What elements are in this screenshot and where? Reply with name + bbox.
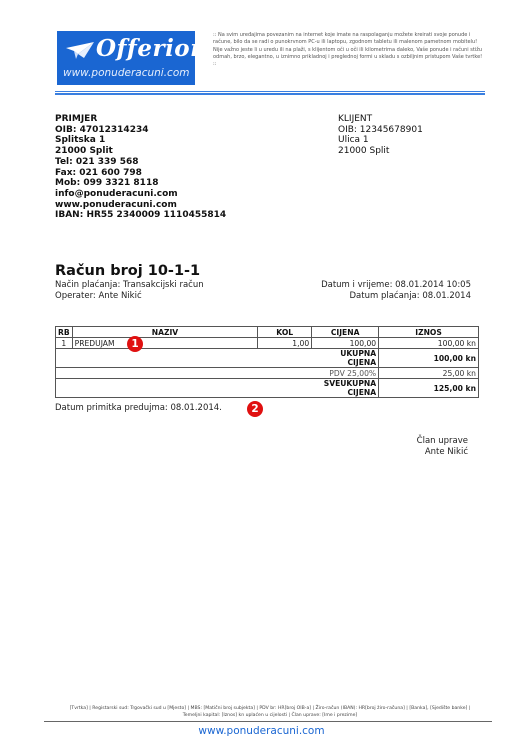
promo-text: :: Na svim uređajima povezanim na intern… (213, 32, 485, 68)
header-divider (55, 91, 485, 92)
payment-method: Način plaćanja: Transakcijski račun (55, 280, 204, 291)
signature-block: Član uprave Ante Nikić (417, 436, 468, 457)
footer-line: Temeljni kapital: [Iznos] kn uplaćen u c… (40, 712, 500, 719)
tax-label: PDV 25,00% (312, 368, 379, 379)
seller-tel: Tel: 021 339 568 (55, 157, 226, 168)
invoice-meta-left: Način plaćanja: Transakcijski račun Oper… (55, 280, 204, 301)
table-row: 1 PREDUJAM 1,00 100,00 100,00 kn (56, 338, 479, 349)
signature-role: Član uprave (417, 436, 468, 447)
seller-email: info@ponuderacuni.com (55, 189, 226, 200)
footer-legal-text: [Tvrtka] | Registarski sud: Trgovački su… (40, 705, 500, 719)
total-label: SVEUKUPNA CIJENA (312, 379, 379, 398)
table-header-row: RB NAZIV KOL CIJENA IZNOS (56, 327, 479, 338)
promo-line: :: Na svim uređajima povezanim na intern… (213, 32, 485, 47)
subtotal-label: UKUPNA CIJENA (312, 349, 379, 368)
client-oib: OIB: 12345678901 (338, 125, 423, 136)
logo-brand-name: Offerion (96, 35, 207, 62)
seller-web: www.ponuderacuni.com (55, 200, 226, 211)
col-header-cijena: CIJENA (312, 327, 379, 338)
tax-row: PDV 25,00% 25,00 kn (56, 368, 479, 379)
client-address: Ulica 1 (338, 135, 423, 146)
seller-mob: Mob: 099 3321 8118 (55, 178, 226, 189)
cell-naziv: PREDUJAM (72, 338, 258, 349)
seller-city: 21000 Split (55, 146, 226, 157)
col-header-kol: KOL (258, 327, 312, 338)
cell-kol: 1,00 (258, 338, 312, 349)
seller-address: Splitska 1 (55, 135, 226, 146)
annotation-badge-1: 1 (127, 336, 143, 352)
client-info: KLIJENT OIB: 12345678901 Ulica 1 21000 S… (338, 114, 423, 156)
company-logo: Offerion www.ponuderacuni.com (57, 31, 195, 85)
cell-iznos: 100,00 kn (379, 338, 479, 349)
footer-url[interactable]: www.ponuderacuni.com (0, 725, 523, 737)
invoice-datetime: Datum i vrijeme: 08.01.2014 10:05 (321, 280, 471, 291)
subtotal-value: 100,00 kn (379, 349, 479, 368)
cell-rb: 1 (56, 338, 73, 349)
col-header-rb: RB (56, 327, 73, 338)
logo-url: www.ponuderacuni.com (63, 67, 189, 79)
operator: Operater: Ante Nikić (55, 291, 204, 302)
payment-date: Datum plaćanja: 08.01.2014 (321, 291, 471, 302)
seller-info: PRIMJER OIB: 47012314234 Splitska 1 2100… (55, 114, 226, 221)
cell-cijena: 100,00 (312, 338, 379, 349)
blank-cell (56, 349, 312, 368)
footer-line: [Tvrtka] | Registarski sud: Trgovački su… (40, 705, 500, 712)
subtotal-row: UKUPNA CIJENA 100,00 kn (56, 349, 479, 368)
total-row: SVEUKUPNA CIJENA 125,00 kn (56, 379, 479, 398)
seller-iban: IBAN: HR55 2340009 1110455814 (55, 210, 226, 221)
header-divider (55, 93, 485, 95)
paper-plane-icon (66, 40, 94, 60)
advance-receipt-date: Datum primitka predujma: 08.01.2014. (55, 403, 222, 413)
invoice-meta-right: Datum i vrijeme: 08.01.2014 10:05 Datum … (321, 280, 471, 301)
col-header-naziv: NAZIV (72, 327, 258, 338)
seller-oib: OIB: 47012314234 (55, 125, 226, 136)
invoice-title: Račun broj 10-1-1 (55, 263, 200, 279)
annotation-badge-2: 2 (247, 401, 263, 417)
total-value: 125,00 kn (379, 379, 479, 398)
footer-divider (44, 721, 492, 722)
tax-value: 25,00 kn (379, 368, 479, 379)
promo-line: Nije važno jeste li u uredu ili na plaži… (213, 47, 485, 69)
col-header-iznos: IZNOS (379, 327, 479, 338)
client-city: 21000 Split (338, 146, 423, 157)
signature-name: Ante Nikić (417, 447, 468, 458)
items-table: RB NAZIV KOL CIJENA IZNOS 1 PREDUJAM 1,0… (55, 326, 479, 398)
blank-cell (56, 379, 312, 398)
blank-cell (56, 368, 312, 379)
client-name: KLIJENT (338, 114, 423, 125)
seller-fax: Fax: 021 600 798 (55, 168, 226, 179)
seller-name: PRIMJER (55, 114, 226, 125)
